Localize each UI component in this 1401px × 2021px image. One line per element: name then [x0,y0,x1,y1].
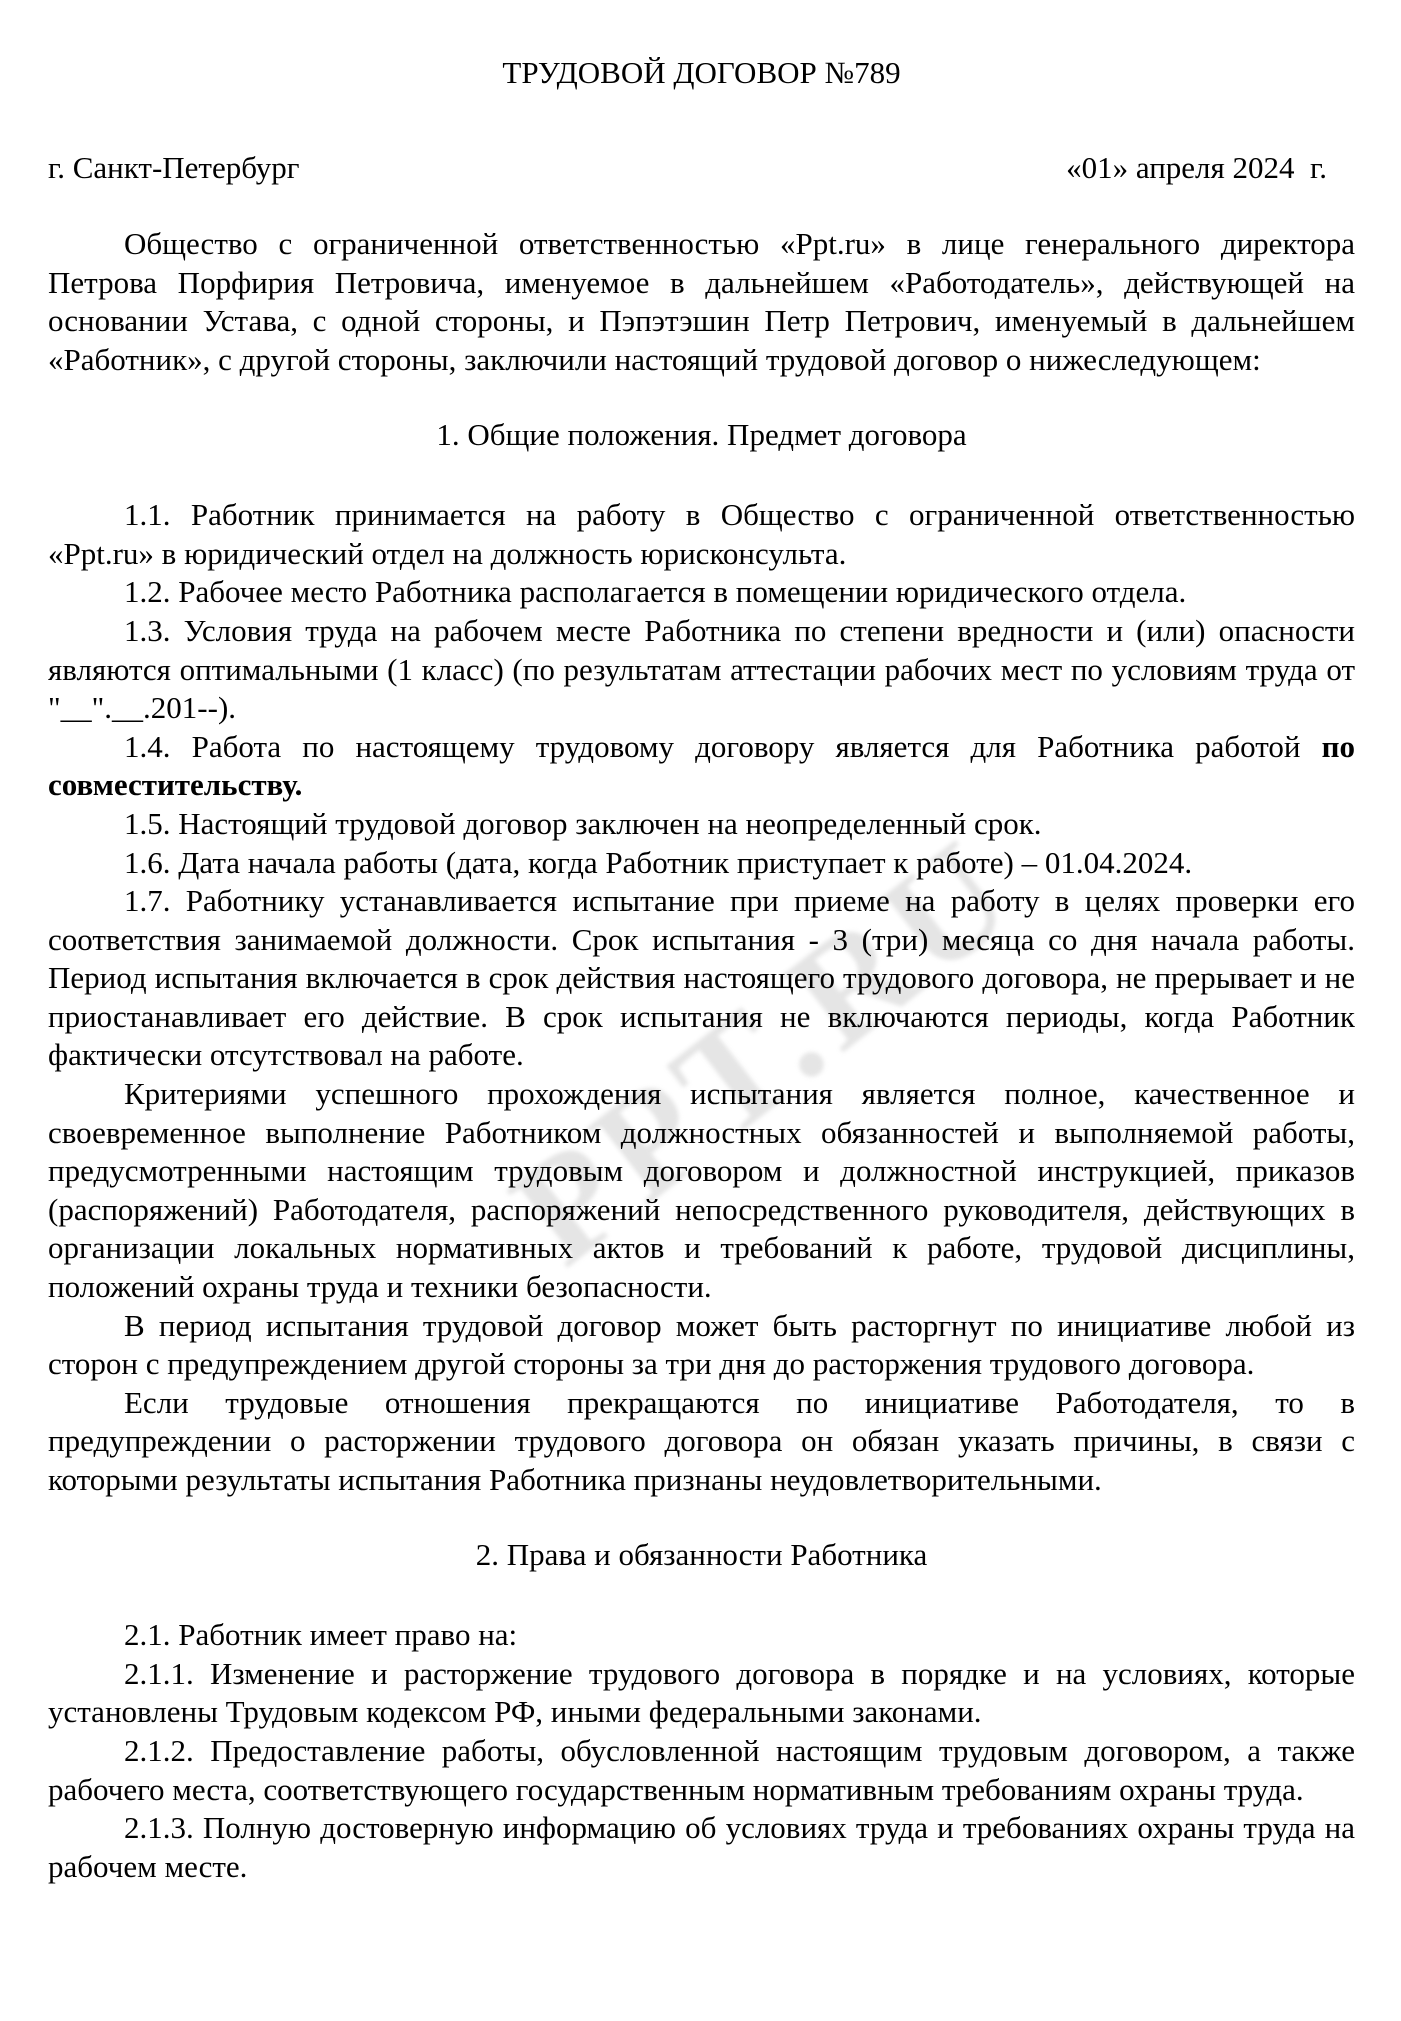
dateline-date: «01» апреля 2024 г. [1066,149,1355,188]
section-heading: 2. Права и обязанности Работника [48,1536,1355,1575]
document-content: ТРУДОВОЙ ДОГОВОР №789 г. Санкт-Петербург… [48,54,1355,1886]
document-page: PPT.RU ТРУДОВОЙ ДОГОВОР №789 г. Санкт-Пе… [0,0,1401,2021]
document-paragraph: 1.1. Работник принимается на работу в Об… [48,496,1355,573]
document-paragraph: 1.7. Работнику устанавливается испытание… [48,882,1355,1075]
document-paragraph: 1.2. Рабочее место Работника располагает… [48,573,1355,612]
document-title: ТРУДОВОЙ ДОГОВОР №789 [48,54,1355,93]
document-paragraph: 1.6. Дата начала работы (дата, когда Раб… [48,844,1355,883]
document-paragraph: 2.1.2. Предоставление работы, обусловлен… [48,1732,1355,1809]
document-paragraph: Общество с ограниченной ответственностью… [48,225,1355,379]
dateline-city: г. Санкт-Петербург [48,149,300,188]
document-paragraph: 2.1. Работник имеет право на: [48,1616,1355,1655]
document-paragraph: 1.3. Условия труда на рабочем месте Рабо… [48,612,1355,728]
document-paragraph: В период испытания трудовой договор може… [48,1307,1355,1384]
dateline: г. Санкт-Петербург «01» апреля 2024 г. [48,149,1355,188]
document-paragraph: 1.5. Настоящий трудовой договор заключен… [48,805,1355,844]
document-paragraph: 2.1.3. Полную достоверную информацию об … [48,1809,1355,1886]
document-paragraph: Если трудовые отношения прекращаются по … [48,1384,1355,1500]
document-blocks: Общество с ограниченной ответственностью… [48,225,1355,1886]
document-paragraph: 2.1.1. Изменение и расторжение трудового… [48,1655,1355,1732]
document-paragraph: 1.4. Работа по настоящему трудовому дого… [48,728,1355,805]
document-paragraph: Критериями успешного прохождения испытан… [48,1075,1355,1307]
section-heading: 1. Общие положения. Предмет договора [48,416,1355,455]
